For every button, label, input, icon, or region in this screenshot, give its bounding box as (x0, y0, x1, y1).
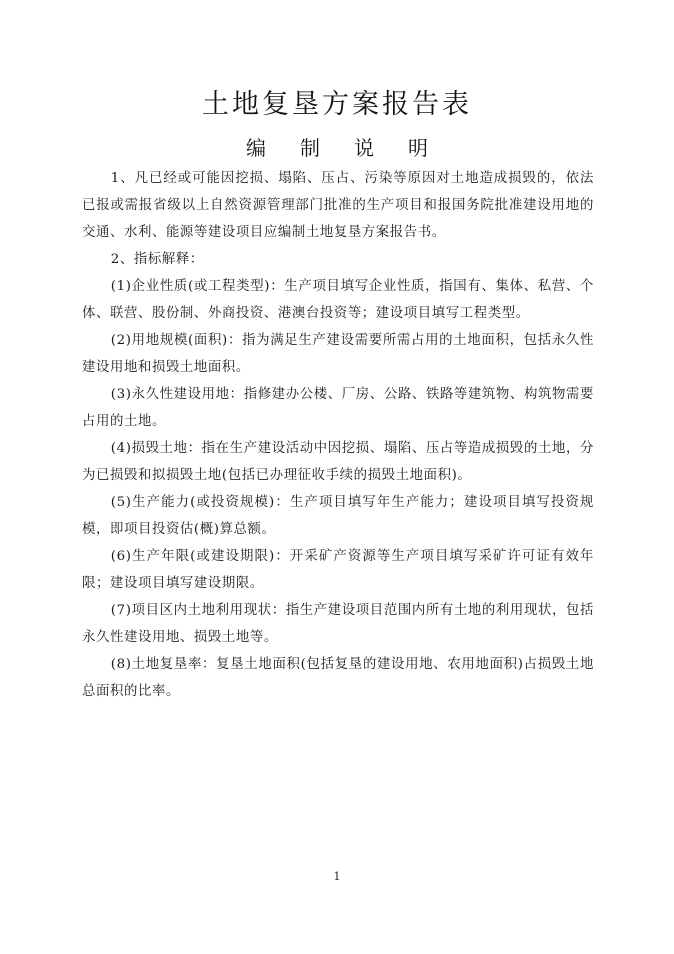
paragraph-indicator-heading: 2、指标解释： (82, 246, 594, 273)
paragraph-production-period: (6)生产年限(或建设期限)：开采矿产资源等生产项目填写采矿许可证有效年限；建设… (82, 543, 594, 597)
paragraph-land-use-status: (7)项目区内土地利用现状：指生产建设项目范围内所有土地的利用现状，包括永久性建… (82, 597, 594, 651)
document-subtitle: 编制说明 (0, 132, 674, 161)
page-number: 1 (0, 870, 674, 883)
paragraph-applicability: 1、凡已经或可能因挖损、塌陷、压占、污染等原因对土地造成损毁的，依法已报或需报省… (82, 165, 594, 246)
paragraph-reclamation-rate: (8)土地复垦率：复垦土地面积(包括复垦的建设用地、农用地面积)占损毁土地总面积… (82, 651, 594, 705)
paragraph-permanent-land: (3)永久性建设用地：指修建办公楼、厂房、公路、铁路等建筑物、构筑物需要占用的土… (82, 381, 594, 435)
paragraph-damaged-land: (4)损毁土地：指在生产建设活动中因挖损、塌陷、压占等造成损毁的土地，分为已损毁… (82, 435, 594, 489)
paragraph-enterprise-nature: (1)企业性质(或工程类型)：生产项目填写企业性质，指国有、集体、私营、个体、联… (82, 273, 594, 327)
document-body: 1、凡已经或可能因挖损、塌陷、压占、污染等原因对土地造成损毁的，依法已报或需报省… (82, 165, 594, 705)
document-title: 土地复垦方案报告表 (0, 82, 674, 121)
paragraph-land-scale: (2)用地规模(面积)：指为满足生产建设需要所需占用的土地面积，包括永久性建设用… (82, 327, 594, 381)
document-page: 土地复垦方案报告表 编制说明 1、凡已经或可能因挖损、塌陷、压占、污染等原因对土… (0, 0, 674, 954)
paragraph-production-capacity: (5)生产能力(或投资规模)：生产项目填写年生产能力；建设项目填写投资规模，即项… (82, 489, 594, 543)
